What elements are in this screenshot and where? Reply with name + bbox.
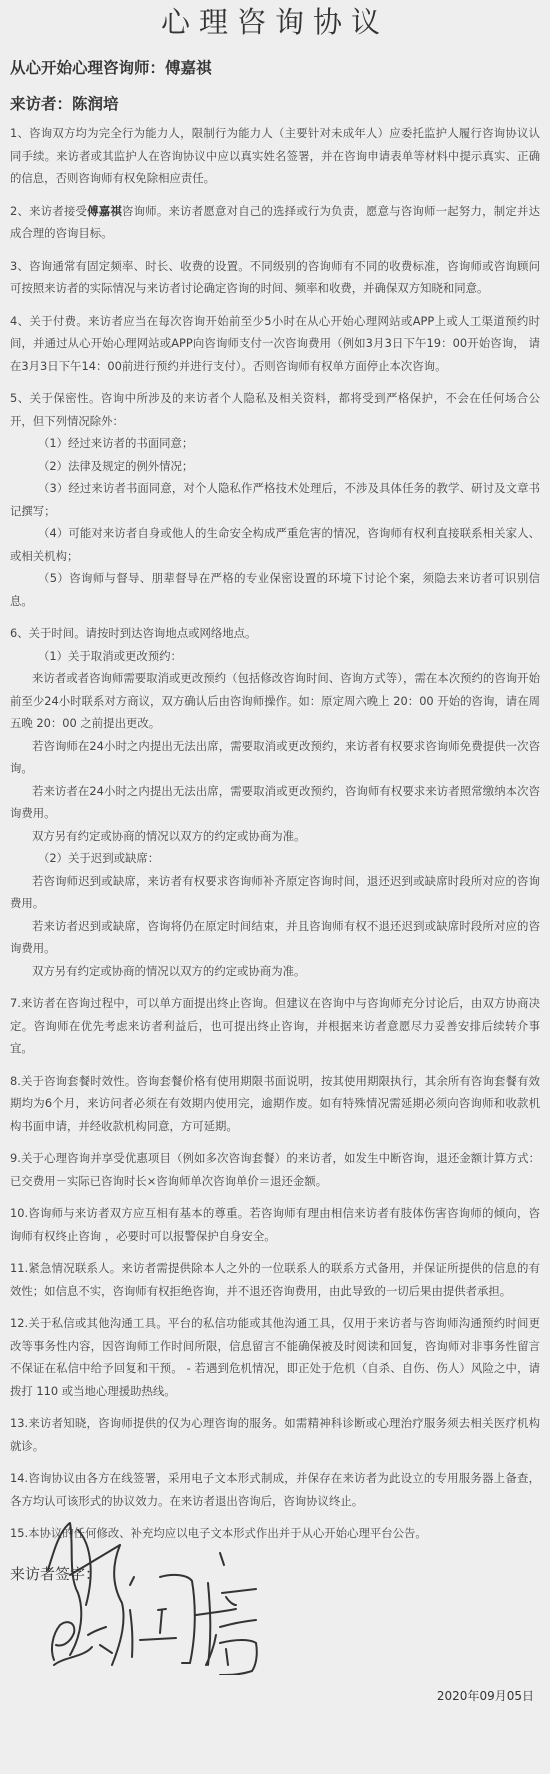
clause-2-prefix: 2、来访者接受 xyxy=(10,204,87,218)
clause-5-item: （1）经过来访者的书面同意； xyxy=(10,432,540,455)
clause-2-counselor-name: 傅嘉祺 xyxy=(87,204,122,218)
handwritten-signature xyxy=(40,1515,280,1675)
counselor-label: 从心开始心理咨询师： xyxy=(10,59,165,77)
clause-11: 11.紧急情况联系人。来访者需提供除本人之外的一位联系人的联系方式备用，并保证所… xyxy=(10,1257,540,1302)
clause-5-intro: 5、关于保密性。咨询中所涉及的来访者个人隐私及相关资料，都将受到严格保护，不会在… xyxy=(10,387,540,432)
clause-6-sub2-line: 若咨询师迟到或缺席，来访者有权要求咨询师补齐原定咨询时间，退还迟到或缺席时段所对… xyxy=(10,870,540,915)
counselor-line: 从心开始心理咨询师：傅嘉祺 xyxy=(0,54,550,82)
clause-8: 8.关于咨询套餐时效性。咨询套餐价格有使用期限书面说明，按其使用期限执行，其余所… xyxy=(10,1070,540,1138)
clause-9: 9.关于心理咨询并享受优惠项目（例如多次咨询套餐）的来访者，如发生中断咨询，退还… xyxy=(10,1147,540,1192)
clause-5-item: （3）经过来访者书面同意，对个人隐私作严格技术处理后，不涉及具体任务的教学、研讨… xyxy=(10,477,540,522)
page-title: 心理咨询协议 xyxy=(0,0,550,44)
clause-6-sub1-line: 若咨询师在24小时之内提出无法出席，需要取消或更改预约，来访者有权要求咨询师免费… xyxy=(10,735,540,780)
clause-2: 2、来访者接受傅嘉祺咨询师。来访者愿意对自己的选择或行为负责，愿意与咨询师一起努… xyxy=(10,200,540,245)
clause-5-item: （5）咨询师与督导、朋辈督导在严格的专业保密设置的环境下讨论个案，须隐去来访者可… xyxy=(10,567,540,612)
clause-6-sub1-line: 来访者或者咨询师需要取消或更改预约（包括修改咨询时间、咨询方式等），需在本次预约… xyxy=(10,667,540,735)
clause-6-sub1-title: （1）关于取消或更改预约： xyxy=(10,645,540,668)
clause-6-sub2-title: （2）关于迟到或缺席： xyxy=(10,847,540,870)
clause-1: 1、咨询双方均为完全行为能力人，限制行为能力人（主要针对未成年人）应委托监护人履… xyxy=(10,122,540,190)
visitor-label: 来访者： xyxy=(10,95,72,113)
clause-10: 10.咨询师与来访者双方应互相有基本的尊重。若咨询师有理由相信来访者有肢体伤害咨… xyxy=(10,1202,540,1247)
visitor-name: 陈润培 xyxy=(72,95,119,113)
counselor-name: 傅嘉祺 xyxy=(165,59,212,77)
clause-12: 12.关于私信或其他沟通工具。平台的私信功能或其他沟通工具，仅用于来访者与咨询师… xyxy=(10,1312,540,1402)
clause-3: 3、咨询通常有固定频率、时长、收费的设置。不同级别的咨询师有不同的收费标准，咨询… xyxy=(10,255,540,300)
clause-6-sub2-line: 双方另有约定或协商的情况以双方的约定或协商为准。 xyxy=(10,960,540,983)
clause-14: 14.咨询协议由各方在线签署，采用电子文本形式制成，并保存在来访者为此设立的专用… xyxy=(10,1467,540,1512)
clause-6-sub2-line: 若来访者迟到或缺席，咨询将仍在原定时间结束，并且咨询师有权不退还迟到或缺席时段所… xyxy=(10,915,540,960)
signature-date: 2020年09月05日 xyxy=(437,1687,534,1704)
clause-6-intro: 6、关于时间。请按时到达咨询地点或网络地点。 xyxy=(10,622,540,645)
clause-7: 7.来访者在咨询过程中，可以单方面提出终止咨询。但建议在咨询中与咨询师充分讨论后… xyxy=(10,992,540,1060)
clause-6: 6、关于时间。请按时到达咨询地点或网络地点。 （1）关于取消或更改预约： 来访者… xyxy=(10,622,540,982)
clause-5-item: （4）可能对来访者自身或他人的生命安全构成严重危害的情况，咨询师有权利直接联系相… xyxy=(10,522,540,567)
clause-5-item: （2）法律及规定的例外情况； xyxy=(10,455,540,478)
agreement-body: 1、咨询双方均为完全行为能力人，限制行为能力人（主要针对未成年人）应委托监护人履… xyxy=(0,122,550,1545)
visitor-line: 来访者：陈润培 xyxy=(0,90,550,118)
clause-6-sub1-line: 若来访者在24小时之内提出无法出席，需要取消或更改预约，咨询师有权要求来访者照常… xyxy=(10,780,540,825)
clause-13: 13.来访者知晓，咨询师提供的仅为心理咨询的服务。如需精神科诊断或心理治疗服务须… xyxy=(10,1412,540,1457)
clause-6-sub1-line: 双方另有约定或协商的情况以双方的约定或协商为准。 xyxy=(10,825,540,848)
clause-5: 5、关于保密性。咨询中所涉及的来访者个人隐私及相关资料，都将受到严格保护，不会在… xyxy=(10,387,540,612)
clause-4: 4、关于付费。来访者应当在每次咨询开始前至少5小时在从心开始心理网站或APP上或… xyxy=(10,310,540,378)
